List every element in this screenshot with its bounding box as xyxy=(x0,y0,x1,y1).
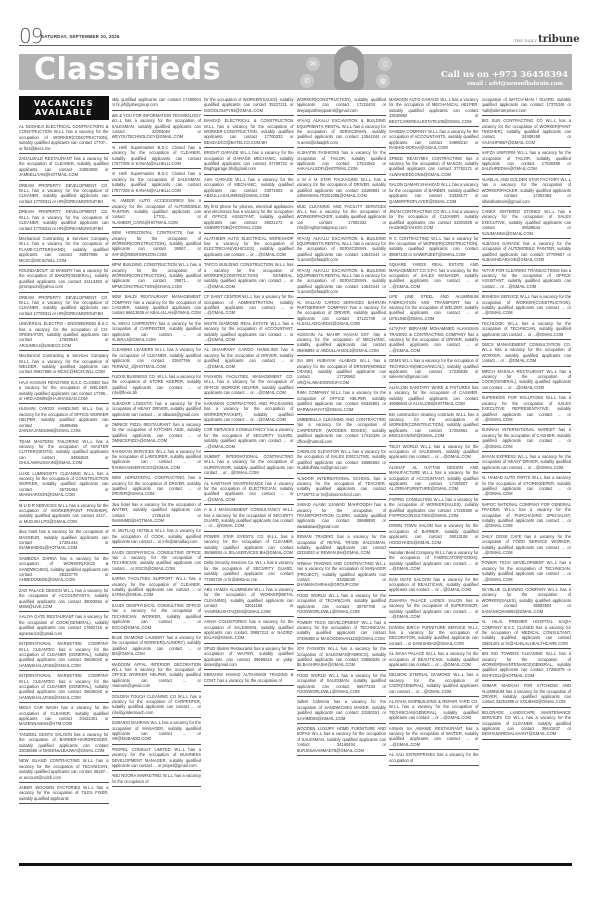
classified-ad: RAHMAAN SERVICES W.L.L has a vacancy for… xyxy=(112,448,202,474)
classified-ad: A & J MANAGEMENT CONSULTANCY W.L.L has a… xyxy=(204,506,294,532)
classified-ad: SKYBLUE CLEANING COMPANY W.L.L has a vac… xyxy=(482,586,572,617)
classified-ad: BIN EID TOWERS CLEANING W.L.L has a vaca… xyxy=(482,650,572,681)
classified-ad: AL RAHA SHIPBUILDING & REPAIR YARD CO. W… xyxy=(389,698,479,724)
classified-ad: SUNNAH INTERNATIONAL MARKET has a vacanc… xyxy=(482,426,572,452)
classified-ad: JINAN CONTRACTING CO W.L.L has a vacancy… xyxy=(389,208,479,234)
classified-ad: NEW HORIZONTAL CONTRACTS has a vacancy f… xyxy=(112,229,202,260)
classified-ad: CSR SERVICES CONSULTANCY has a vacancy f… xyxy=(204,426,294,452)
classified-ad: ALNOOR INTERNATIONAL SCHOOL has a vacanc… xyxy=(297,475,387,501)
mobile-icon: ▯ xyxy=(378,57,392,71)
classified-ad: ALOHAF AL HATTAB DESIGN AND MANUFACTURE … xyxy=(389,464,479,495)
classified-ad: ABU HAMZA ALUMINIUM W.L.L has a vacancy … xyxy=(204,586,294,617)
header-divider-right xyxy=(272,45,572,46)
classified-ad: HUSSAIN AL MAHIR HASAN EST. has a vacanc… xyxy=(297,331,387,357)
classified-ad: AL HAMAD AUTO PARTS W.L.L has a vacancy … xyxy=(482,474,572,500)
classified-ad: ZAD PALACE DESIGN W.L.L has a vacancy fo… xyxy=(19,587,109,613)
classified-ad: TEAM MASTERS TAILORING W.L.L has a vacan… xyxy=(19,438,109,469)
classified-ad: ably qualified applicants can contact 17… xyxy=(112,96,202,111)
classified-ad: AL SIRAJ CARPENTRY has a vacancy for the… xyxy=(112,320,202,346)
banner-title: Classifieds xyxy=(34,52,221,87)
classified-ad: DUBAIDO BAHRAIN W.L.L has a vacancy for … xyxy=(112,719,202,745)
classified-ad: AL HILAL PREMIER HOSPITAL SAQIA COMPANY … xyxy=(482,618,572,649)
classified-ad: AL MASA PALACE W.L.L has a vacancy for t… xyxy=(389,650,479,670)
classified-ad: ZADALBALD RESTAURANT has a vacancy for t… xyxy=(19,155,109,181)
envelope-icon: ✉ xyxy=(306,57,320,71)
classifieds-banner: Classifieds ✉ ✆ ▯ ◍ Call us on +973 3645… xyxy=(19,54,572,90)
classified-ad: FLEXIS BUSINESS CO. W.L.L has a vacancy … xyxy=(112,373,202,399)
classified-ad: ABU NOORA MARKETING W.L.L has a vacancy … xyxy=(112,772,202,787)
classified-ad: M U D R SERVICES W.L.L has a vacancy for… xyxy=(19,502,109,528)
classified-ad: My first phone for phones, electrical ap… xyxy=(204,203,294,234)
page-date: SATURDAY, SEPTEMBER 20, 2025 xyxy=(41,34,120,39)
classified-ad: ASNAN SA AWANIE RESTAURANT has a vacancy… xyxy=(389,725,479,751)
classified-ad: MEGA CAR WASH has a vacancy for the occu… xyxy=(19,704,109,730)
classified-ad: SAUDI GEOPHYSICAL CONSULTING OFFICE has … xyxy=(112,602,202,633)
classified-ad: NEW HORIZONTAL CONTRACTING has a vacancy… xyxy=(112,474,202,500)
classified-ad: EBRAHIM HAMAD ALTHAWADI TRADING & CONT. … xyxy=(204,671,294,686)
classified-ad: PROPEL CONSULT LIMITED W.L.L has a vacan… xyxy=(112,746,202,772)
classified-ad: LIFE LINE STEEL AND ALUMINIUM FABRICATIO… xyxy=(389,293,479,324)
call-us-text: Call us on +973 36458394 xyxy=(441,70,568,80)
mascot-illustration: ✉ ✆ ▯ ◍ xyxy=(264,54,464,90)
classified-ad: SPEED READYMIX CONTRACTING has a vacancy… xyxy=(389,155,479,181)
classified-ad: AL KAWTHAR MAINTENANCE has a vacancy for… xyxy=(204,480,294,506)
classified-ad: DAILY DOSE CAFE has a vacancy for the oc… xyxy=(482,533,572,559)
classified-ad: DREAM PROPERTY DEVELOPMENT CO. W.L.L has… xyxy=(19,208,109,234)
classified-ad: REWAN TRADING has a vacancy for the occu… xyxy=(297,533,387,559)
classified-ad: POWER TECH DEVELOPMENT W.L.L has a vacan… xyxy=(482,559,572,585)
email-text: email : advt@newsofbahrain.com xyxy=(467,81,563,87)
classified-ad: SAMBOSA DARNA has a vacancy for the occu… xyxy=(19,555,109,586)
classified-ad: DREAM PROPERTY DEVELOPMENT CO. W.L.L has… xyxy=(19,182,109,208)
classified-ad: ALBADAR LOGISTIC has a vacancy for the o… xyxy=(112,400,202,420)
classified-ad: RIMA COMPANY W.L.L has a vacancy for the… xyxy=(297,389,387,415)
classified-ad: BAYAN EXPRESS W.L.L has a vacancy for th… xyxy=(482,453,572,473)
classified-ad: Al Helli Supermarket B.S.C Closed has a … xyxy=(112,144,202,170)
classified-ad: BRIGHT GARAGE W.L.L has a vacancy for th… xyxy=(204,149,294,175)
classified-ad: DANISH BIRCH FURNITURE SERVICE W.L.L has… xyxy=(389,624,479,650)
classified-ad: ALBASHI GARAGE has a vacancy for the occ… xyxy=(482,240,572,266)
classified-ad: WOODEN LUXURY HOME FURNITURE AND SOFAS W… xyxy=(297,725,387,756)
classified-ad: AL DHAHRANY CARGO HANDLING has a vacancy… xyxy=(204,346,294,372)
classified-ad: HUSAINI CARGO HANDLING W.L.L has a vacan… xyxy=(19,405,109,436)
classified-ad: TANZEEL GENTS SALOON has a vacancy for t… xyxy=(19,731,109,757)
classified-ad: MPM BUILDING CONSTRUCTION W.L.L has a va… xyxy=(112,261,202,292)
classified-ad: JOY FASHION W.L.L has a vacancy for the … xyxy=(297,645,387,671)
classified-ad: FOOD WORLD W.L.L has a vacancy for the o… xyxy=(297,592,387,618)
classified-ad: CHERLOS ELEVATOR W.L.L has a vacancy for… xyxy=(297,448,387,474)
logo-prefix: THE DAILY xyxy=(514,38,537,43)
classified-ad: AFAAQ ALKALU EXCAVATION & BUILDING EQUIP… xyxy=(297,235,387,266)
phone-icon: ✆ xyxy=(300,74,314,88)
classified-ad: TECH WORLD W.L.L has a vacancy for the o… xyxy=(389,443,479,463)
classified-ad: CANEX SINTERED STONES W.L.L has a vacanc… xyxy=(482,208,572,239)
column-4: WORKER(CONSTRUCTION), suitably qualified… xyxy=(297,96,387,863)
classified-ad: WE & YOU FOR INFORMATION TECHNOLOGY W.L.… xyxy=(112,112,202,143)
classified-ad: AFAAQ ALKALU EXCAVATION & BUILDING EQUIP… xyxy=(297,117,387,148)
mascot-face xyxy=(340,60,358,82)
classified-ad: AL AALI ENTERPRISES has a vacancy for th… xyxy=(389,751,479,766)
classified-ad: DMCS MANAGEMENT CONSULTATION CO. W.L.L h… xyxy=(482,341,572,367)
classified-ad: GEMS W.L.L has a vacancy for the occupat… xyxy=(389,357,479,383)
classified-ad: GOLDEN TOUCH CLEANING CO W.L.L has a vac… xyxy=(112,693,202,719)
classified-ad: FASHION FACILITIES MANAGEMENT CO. W.L.L … xyxy=(204,373,294,399)
classifieds-columns: VACANCIES AVAILABLE AL NOOHEJI ELECTRICA… xyxy=(19,96,572,863)
classified-ad: TECHLOOK W.L.L has a vacancy for the occ… xyxy=(482,320,572,340)
classified-ad: OMNICE PIZZA RESTAURANT has a vacancy fo… xyxy=(112,421,202,447)
globe-icon: ◍ xyxy=(376,74,390,88)
classified-ad: Mechanical Contracting & Services Compan… xyxy=(19,352,109,378)
newspaper-logo: THE DAILYtribune xyxy=(514,34,580,45)
classified-ad: HAFZA UNIFORM W.L.L has a vacancy for th… xyxy=(482,149,572,175)
classified-ad: MUD CLEANING AND FACILITY SERVICES W.L.L… xyxy=(297,203,387,234)
page-number: 09 xyxy=(19,28,42,44)
classified-ad: Delta Security Services Co. W.L.L has a … xyxy=(204,559,294,585)
classified-ad: DELMON ETERNAL DIAMOND W.L.L has a vacan… xyxy=(389,671,479,697)
classified-ad: ROUNDABOUT 10 BAKERY has a vacancy for t… xyxy=(19,267,109,293)
classified-ad: BISHESH SERVICE W.L.L has a vacancy for … xyxy=(482,293,572,319)
classified-ad: ALHELAL AND GOLDEN STAR FACTORY W.L.L ha… xyxy=(482,176,572,207)
classified-ad: ISA BIN HUBAYAK ALABADI W.L.L has a vaca… xyxy=(297,357,387,388)
classified-ad: DAN MATZ SALOON has a vacancy for the oc… xyxy=(389,576,479,596)
classified-ad: occupation of WATCH-MAN / GUARD, suitabl… xyxy=(482,96,572,116)
classified-ad: AALIYA GATE RESTAURANT has a vacancy for… xyxy=(19,613,109,639)
classified-ad: BLUE DIAMOND LAUNDRY has a vacancy for t… xyxy=(112,634,202,660)
classified-ad: AVTAR FOR CLEARING TRANSACTIONS has a va… xyxy=(482,267,572,293)
classified-ad: HAJI HASSAN READYMIX B.S.C CLOSED has a … xyxy=(19,379,109,405)
classified-ad: Hamdan Bead Company W.L.L has a vacancy … xyxy=(389,549,479,575)
vacancies-heading: VACANCIES AVAILABLE xyxy=(19,96,109,120)
classified-ad: AL AMEER AUTO ACCESSORIES has a vacancy … xyxy=(112,197,202,228)
classified-ad: BIG SUN CONTRACTING CO W.L.L has a vacan… xyxy=(482,117,572,148)
classified-ad: SPUD Sliders Restaurants has a vacancy f… xyxy=(204,645,294,671)
classified-ad: ALSHATIB FASHIONS has a vacancy for the … xyxy=(297,149,387,175)
classified-ad: diva hotel has a vacancy for the occupat… xyxy=(19,528,109,554)
footer-divider xyxy=(19,863,572,866)
logo-text: tribune xyxy=(538,34,580,45)
classified-ad: SAHEBA COMPANY W.L.L has a vacancy for t… xyxy=(389,128,479,154)
classified-ad: SAUDI GEOPHYSICAL CONSULTING OFFICE has … xyxy=(112,549,202,575)
classified-ad: ALTAFAF EBRAHIM MOHAMMED ALHASSAN TRADIN… xyxy=(389,325,479,356)
classified-ad: SALON QAMAR SHAHZAD W.L.L has a vacancy … xyxy=(389,181,479,207)
classified-ad: POWER STAR EVENTS CO W.L.L has a vacancy… xyxy=(204,533,294,559)
classified-ad: SARNA FACILITIES SUPPORT W.L.L has a vac… xyxy=(112,575,202,601)
classified-ad: ZUHAIRA PALACE LADIES SALON has a vacanc… xyxy=(389,597,479,623)
classified-ad: Mechanical Contracting & Services Compan… xyxy=(19,235,109,266)
classified-ad: AL SALLAD CARGO SERVICES BAHRAIN PARTNER… xyxy=(297,299,387,330)
classified-ad: MAMOON AUTO GARAGE W.L.L has a vacancy f… xyxy=(389,96,479,127)
classified-ad: LUXE LUMINOSITY CLEANING W.L.L has a vac… xyxy=(19,470,109,501)
classified-ad: Bin construction cleaning contracts W.L.… xyxy=(389,411,479,442)
classified-ad: CF SAINT CENTER W.L.L has a vacancy for … xyxy=(204,293,294,319)
classified-ad: TAFCO BUILDING CONSTRUCTION W.L.L has a … xyxy=(204,261,294,292)
classified-ad: JAWAD ALAWI SJAWAD MAHFOODH has a vacanc… xyxy=(297,501,387,532)
header-divider xyxy=(19,45,272,46)
classified-ad: diva hotel has a vacancy for the occupat… xyxy=(112,501,202,527)
classified-ad: FOOD WORLD W.L.L has a vacancy for the o… xyxy=(297,672,387,698)
classified-ad: INTERNATIONAL MARKETING COMPANY W.L.L CL… xyxy=(19,672,109,703)
column-6: occupation of WATCH-MAN / GUARD, suitabl… xyxy=(482,96,572,863)
classified-ad: KARAMAN CONTRACTING AND PACKAGING has a … xyxy=(204,400,294,426)
classified-ad: SQUARE YARDS REAL ESTATE AND MANAGEMENT … xyxy=(389,261,479,292)
classified-ad: NAPOC NATIONAL COMPANY FOR GENERAL TRADI… xyxy=(482,501,572,532)
classified-ad: NEW ISLAND CONTRACTING W.L.L has a vacan… xyxy=(19,757,109,783)
classified-ad: POWER TECH DEVELOPMENT W.L.L has a vacan… xyxy=(297,619,387,645)
classified-ad: Jalleel Cafeteria has a vacancy for the … xyxy=(297,698,387,724)
column-3: for the occupation of WORKER(SALES), sui… xyxy=(204,96,294,863)
classified-ad: ASH GARAGE W.L.L has a vacancy for the o… xyxy=(204,176,294,202)
classified-ad: MADOOM AFFAL INTERIOR DECORATION W.L.L h… xyxy=(112,661,202,692)
classified-ad: WHITE DIAMOND REAL ESTATE W.L.L has a va… xyxy=(204,320,294,346)
classified-ad: DOWN TOWN SALON has a vacancy for the oc… xyxy=(389,522,479,548)
classified-ad: JABER WOODEN FACTORIES W.L.L has a vacan… xyxy=(19,784,109,804)
classified-ad: AL MUTLAQ HOTELS W.L.L has a vacancy for… xyxy=(112,527,202,547)
classified-ad: SUMMIT INTERNATIONAL CONTRACTING W.L.L h… xyxy=(204,453,294,479)
classified-ad: UMBERELLA CLEANING AND CONTRACTING has a… xyxy=(297,416,387,447)
classified-ad: ALATHEER AUTO ELECTRICAL WORKSHOP has a … xyxy=(204,235,294,261)
masthead: 09 SATURDAY, SEPTEMBER 20, 2025 xyxy=(19,28,271,44)
classified-ad: AL NOOHEJI ELECTRICAL CONTRACTORS & CONS… xyxy=(19,123,109,154)
classified-ad: NEW BALDI RESTAURANT MANAGEMENT COMPANY … xyxy=(112,293,202,319)
classified-ad: INTERNATIONAL MARKETING COMPANY W.L.L CL… xyxy=(19,640,109,671)
classified-ad: R C CONTRACTING W.L.L has a vacancy for … xyxy=(389,235,479,261)
classified-ad: WORKER(CONSTRUCTION), suitably qualified… xyxy=(297,96,387,116)
classified-ad: ALHAJJIN SANITARY WARE & FIXTURES has a … xyxy=(389,384,479,410)
classified-ad: SUPERKIDS FOR SOLUTIONS W.L.L has a vaca… xyxy=(482,394,572,425)
column-1: VACANCIES AVAILABLE AL NOOHEJI ELECTRICA… xyxy=(19,96,109,863)
classified-ad: BELGRADE LANDSCAPE MAINTENANCE SERVICES … xyxy=(482,709,572,740)
classified-ad: FIVPRO CONSULTING W.L.L has a vacancy fo… xyxy=(389,496,479,522)
classified-ad: ARWAH TRADING AND CONTRACTING W.L.L has … xyxy=(297,560,387,591)
classified-ad: AISHA COLDSTORES has a vacancy for the o… xyxy=(204,618,294,644)
column-2: ably qualified applicants can contact 17… xyxy=(112,96,202,863)
classified-ad: DREAM PROPERTY DEVELOPMENT CO. W.L.L has… xyxy=(19,294,109,320)
classified-ad: CLEANING LEADERS W.L.L has a vacancy for… xyxy=(112,346,202,372)
classified-ad: AFAAQ ALKALU EXCAVATION & BUILDING EQUIP… xyxy=(297,267,387,298)
column-5: MAMOON AUTO GARAGE W.L.L has a vacancy f… xyxy=(389,96,479,863)
classified-ad: UNIVERSAL ELECTRO - ENGINEERING B.S.C ha… xyxy=(19,320,109,351)
classified-ad: Al Helli Supermarket B.S.C Closed has a … xyxy=(112,170,202,196)
classified-ad: BAHZAD ELECTRICAL & CONSTRUCTION W.L.L h… xyxy=(204,117,294,148)
classified-ad: AMMAR MAKKAH FOR KITCHENS AND ALUMINIUM … xyxy=(482,682,572,708)
classified-ad: U M A M STAR PACKAGING W.L.L has a vacan… xyxy=(297,176,387,202)
classified-ad: MIRCH MASALA RESTAURANT W.L.L has a vaca… xyxy=(482,368,572,394)
classified-ad: for the occupation of WORKER(SALES), sui… xyxy=(204,96,294,116)
